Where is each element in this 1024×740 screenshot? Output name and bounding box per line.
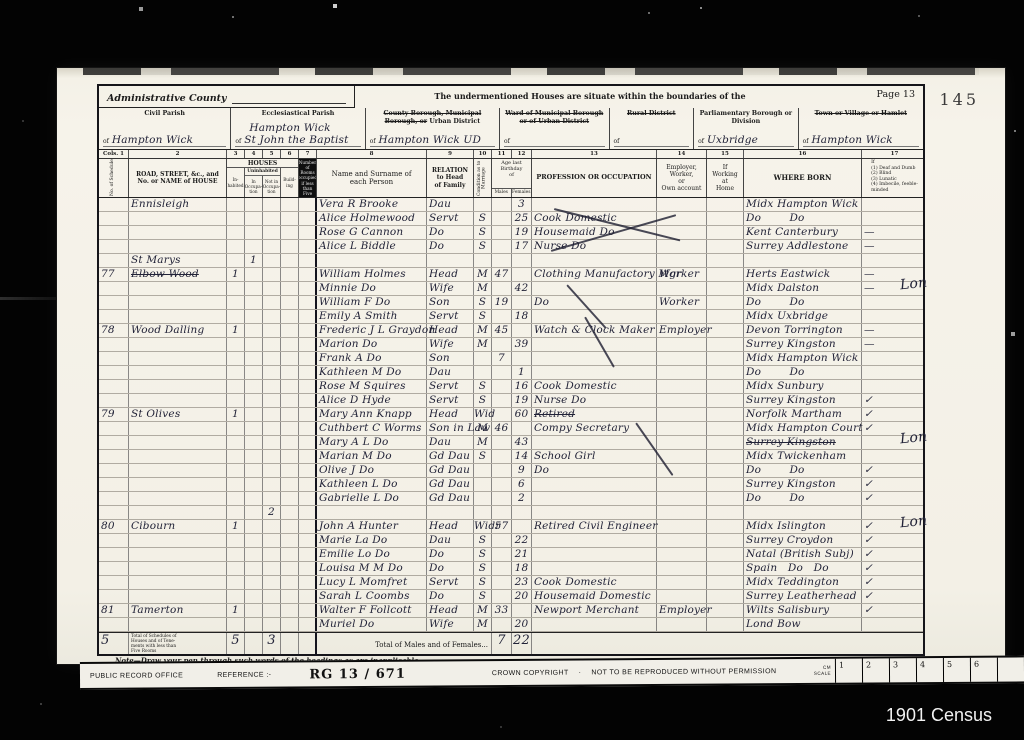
cell-building bbox=[281, 296, 299, 309]
cell-employer bbox=[657, 408, 707, 421]
cell-building bbox=[281, 282, 299, 295]
cell-name: Alice L Biddle bbox=[317, 240, 427, 253]
field-label: Civil Parish bbox=[144, 110, 185, 117]
cell-infirmity-mark: Lon bbox=[862, 436, 927, 449]
cell-home bbox=[707, 464, 744, 477]
cell-condition: M bbox=[474, 324, 492, 337]
cell-rooms bbox=[299, 198, 317, 211]
cell-infirmity-mark bbox=[862, 198, 927, 211]
cell-home bbox=[707, 562, 744, 575]
census-row: Gabrielle L DoGd Dau2Do Do✓ bbox=[99, 492, 923, 506]
cell-name: William F Do bbox=[317, 296, 427, 309]
pro-office-label: PUBLIC RECORD OFFICE bbox=[90, 672, 183, 680]
cell-relation: Do bbox=[427, 548, 474, 561]
cell-uninhabited-occ bbox=[245, 548, 263, 561]
field-label: Urban District bbox=[429, 118, 480, 125]
cell-rooms bbox=[299, 296, 317, 309]
cell-occupation: Cook Domestic bbox=[532, 380, 657, 393]
cell-home bbox=[707, 282, 744, 295]
cell-employer bbox=[657, 310, 707, 323]
cell-condition: M bbox=[474, 268, 492, 281]
cell-occupation: Clothing Manufactory Mgr bbox=[532, 268, 657, 281]
cell-name: Alice Holmewood bbox=[317, 212, 427, 225]
cell-age-female bbox=[512, 520, 532, 533]
cell-occupation bbox=[532, 282, 657, 295]
column-number: 13 bbox=[532, 150, 657, 158]
column-number: 10 bbox=[474, 150, 492, 158]
cell-condition bbox=[474, 366, 492, 379]
census-grid: EnnisleighVera R BrookeDau3Midx Hampton … bbox=[99, 198, 923, 632]
cell-schedule bbox=[99, 576, 129, 589]
cell-uninhabited-not bbox=[263, 534, 281, 547]
cell-condition bbox=[474, 198, 492, 211]
cell-schedule: 79 bbox=[99, 408, 129, 421]
cell-building bbox=[281, 240, 299, 253]
header-not-in-occupation: Not in Occupa- tion bbox=[263, 176, 280, 197]
cell-born: Do Do bbox=[744, 464, 862, 477]
cell-rooms bbox=[299, 478, 317, 491]
cell-employer bbox=[657, 618, 707, 631]
cell-age-male bbox=[492, 408, 512, 421]
cell-house bbox=[129, 506, 227, 519]
cell-schedule bbox=[99, 562, 129, 575]
cell-house bbox=[129, 366, 227, 379]
header-condition-text: Condition as to Marriage bbox=[478, 159, 487, 197]
cell-age-male bbox=[492, 534, 512, 547]
cell-relation: Dau bbox=[427, 366, 474, 379]
cell-age-female: 17 bbox=[512, 240, 532, 253]
cell-employer bbox=[657, 338, 707, 351]
cell-schedule bbox=[99, 240, 129, 253]
cell-relation: Head bbox=[427, 324, 474, 337]
scale-text: SCALE bbox=[814, 671, 831, 676]
cell-age-female bbox=[512, 324, 532, 337]
scale-cell: 1 bbox=[835, 659, 862, 683]
cell-born: Surrey Kingston bbox=[744, 338, 862, 351]
cell-rooms bbox=[299, 408, 317, 421]
cell-occupation bbox=[532, 352, 657, 365]
cell-relation: Wife bbox=[427, 338, 474, 351]
cell-name: Kathleen M Do bbox=[317, 366, 427, 379]
cell-inhabited bbox=[227, 576, 245, 589]
pro-reference-strip: PUBLIC RECORD OFFICE REFERENCE :- RG 13 … bbox=[80, 655, 1024, 690]
cell-infirmity-mark bbox=[862, 618, 927, 631]
cell-born: Midx Islington bbox=[744, 520, 862, 533]
cell-schedule bbox=[99, 338, 129, 351]
cell-name: Alice D Hyde bbox=[317, 394, 427, 407]
cell-age-female: 22 bbox=[512, 534, 532, 547]
cell-inhabited bbox=[227, 534, 245, 547]
cell-condition: S bbox=[474, 576, 492, 589]
census-row: Kathleen M DoDau1Do Do bbox=[99, 366, 923, 380]
cell-relation: Gd Dau bbox=[427, 492, 474, 505]
cell-house bbox=[129, 436, 227, 449]
cell-inhabited bbox=[227, 282, 245, 295]
cell-uninhabited-occ bbox=[245, 506, 263, 519]
cell-schedule bbox=[99, 380, 129, 393]
cell-infirmity-mark: ✓ bbox=[862, 478, 927, 491]
cell-name: Vera R Brooke bbox=[317, 198, 427, 211]
cell-condition: S bbox=[474, 380, 492, 393]
cell-home bbox=[707, 450, 744, 463]
margin-note: Lon bbox=[899, 277, 928, 293]
crown-copyright-label: CROWN COPYRIGHT bbox=[492, 669, 569, 677]
cell-born: Kent Canterbury bbox=[744, 226, 862, 239]
cell-rooms bbox=[299, 422, 317, 435]
header-age-group: Age last Birthday of Males Females bbox=[492, 159, 532, 197]
cell-uninhabited-not bbox=[263, 492, 281, 505]
field-urban-district: County Borough, Municipal Borough, or Ur… bbox=[366, 108, 500, 149]
cell-relation: Wife bbox=[427, 618, 474, 631]
cell-age-male bbox=[492, 380, 512, 393]
cell-born bbox=[744, 254, 862, 267]
cell-employer bbox=[657, 590, 707, 603]
cell-age-female: 42 bbox=[512, 282, 532, 295]
cell-infirmity-mark: ✓ bbox=[862, 562, 927, 575]
cell-name: Minnie Do bbox=[317, 282, 427, 295]
cell-age-female bbox=[512, 296, 532, 309]
cell-schedule bbox=[99, 492, 129, 505]
cell-age-female bbox=[512, 268, 532, 281]
cell-building bbox=[281, 422, 299, 435]
cell-uninhabited-occ bbox=[245, 394, 263, 407]
cell-born: Midx Hampton Court bbox=[744, 422, 862, 435]
cell-schedule bbox=[99, 548, 129, 561]
column-number: 12 bbox=[512, 150, 532, 158]
field-value: Uxbridge bbox=[707, 134, 758, 146]
field-value-top: Hampton Wick bbox=[249, 122, 330, 134]
cell-relation: Servt bbox=[427, 394, 474, 407]
header-building: Build- ing bbox=[281, 168, 298, 197]
field-value: Hampton Wick UD bbox=[379, 134, 482, 146]
cell-rooms bbox=[299, 464, 317, 477]
cell-born: Midx Hampton Wick bbox=[744, 352, 862, 365]
census-row: Lucy L MomfretServtS23Cook DomesticMidx … bbox=[99, 576, 923, 590]
cell-employer bbox=[657, 422, 707, 435]
cell-uninhabited-not bbox=[263, 394, 281, 407]
census-row: Louisa M M DoDoS18Spain Do Do✓ bbox=[99, 562, 923, 576]
cell-rooms bbox=[299, 310, 317, 323]
cell-relation: Gd Dau bbox=[427, 464, 474, 477]
cell-condition: M bbox=[474, 338, 492, 351]
cell-infirmity-mark: ✓Lon bbox=[862, 520, 927, 533]
census-row: William F DoSonS19DoWorkerDo Do bbox=[99, 296, 923, 310]
cell-age-male bbox=[492, 618, 512, 631]
cell-infirmity-mark bbox=[862, 366, 927, 379]
of-label: of bbox=[614, 138, 620, 146]
cell-age-male bbox=[492, 366, 512, 379]
cell-rooms bbox=[299, 520, 317, 533]
cell-condition: M bbox=[474, 436, 492, 449]
cell-employer: Worker bbox=[657, 296, 707, 309]
field-civil-parish: Civil Parish ofHampton Wick bbox=[99, 108, 231, 149]
cell-employer: Employer bbox=[657, 324, 707, 337]
header-occupation: PROFESSION OR OCCUPATION bbox=[532, 159, 657, 197]
census-row: Rose M SquiresServtS16Cook DomesticMidx … bbox=[99, 380, 923, 394]
cell-uninhabited-occ bbox=[245, 562, 263, 575]
field-parliamentary-borough: Parliamentary Borough or Division ofUxbr… bbox=[694, 108, 799, 149]
field-town-village: Town or Village or Hamlet ofHampton Wick bbox=[799, 108, 923, 149]
cell-inhabited bbox=[227, 422, 245, 435]
cell-schedule bbox=[99, 506, 129, 519]
cell-house bbox=[129, 422, 227, 435]
cell-house bbox=[129, 534, 227, 547]
census-row: Muriel DoWifeM20Lond Bow bbox=[99, 618, 923, 632]
cell-infirmity-mark: ✓ bbox=[862, 534, 927, 547]
cell-home bbox=[707, 324, 744, 337]
scan-smudge bbox=[83, 68, 979, 75]
census-page: 145 Administrative County The undermenti… bbox=[57, 68, 1005, 664]
header-road: ROAD, STREET, &c., and No. or NAME of HO… bbox=[129, 159, 227, 197]
of-label: of bbox=[370, 138, 376, 146]
cell-uninhabited-not bbox=[263, 450, 281, 463]
cell-name: Walter F Follcott bbox=[317, 604, 427, 617]
cell-relation bbox=[427, 506, 474, 519]
cell-condition: S bbox=[474, 562, 492, 575]
cell-occupation: Retired bbox=[532, 408, 657, 421]
cell-age-female: 19 bbox=[512, 226, 532, 239]
cell-rooms bbox=[299, 450, 317, 463]
header-females: Females bbox=[512, 189, 531, 197]
cell-inhabited bbox=[227, 352, 245, 365]
cell-house bbox=[129, 492, 227, 505]
field-rural-district: Rural District of bbox=[610, 108, 695, 149]
column-headers: No. of Schedule ROAD, STREET, &c., and N… bbox=[99, 159, 923, 198]
blank-line bbox=[232, 94, 346, 104]
scale-cell: 4 bbox=[916, 658, 943, 682]
census-year-label: 1901 Census bbox=[886, 705, 992, 726]
cell-condition: S bbox=[474, 226, 492, 239]
header-in-occupation: In Occupa- tion bbox=[245, 176, 263, 197]
cell-occupation bbox=[532, 366, 657, 379]
cell-uninhabited-occ bbox=[245, 436, 263, 449]
cell-age-male bbox=[492, 590, 512, 603]
cell-infirmity-mark: ✓ bbox=[862, 464, 927, 477]
cell-name: Mary A L Do bbox=[317, 436, 427, 449]
cell-uninhabited-occ bbox=[245, 618, 263, 631]
cell-employer bbox=[657, 506, 707, 519]
cell-inhabited bbox=[227, 240, 245, 253]
cell-born: Midx Sunbury bbox=[744, 380, 862, 393]
cell-building bbox=[281, 366, 299, 379]
cell-uninhabited-not bbox=[263, 268, 281, 281]
cell-uninhabited-not bbox=[263, 198, 281, 211]
cell-uninhabited-occ bbox=[245, 422, 263, 435]
cell-uninhabited-occ bbox=[245, 352, 263, 365]
census-row: Mary A L DoDauM43Surrey KingstonLon bbox=[99, 436, 923, 450]
cell-infirmity-mark: — bbox=[862, 324, 927, 337]
cell-born: Surrey Croydon bbox=[744, 534, 862, 547]
cell-condition: S bbox=[474, 310, 492, 323]
cell-born: Midx Uxbridge bbox=[744, 310, 862, 323]
cell-condition bbox=[474, 478, 492, 491]
cell-schedule bbox=[99, 366, 129, 379]
cell-inhabited bbox=[227, 548, 245, 561]
cell-name: John A Hunter bbox=[317, 520, 427, 533]
cell-age-female: 20 bbox=[512, 590, 532, 603]
cell-schedule bbox=[99, 310, 129, 323]
cell-building bbox=[281, 394, 299, 407]
cell-born: Lond Bow bbox=[744, 618, 862, 631]
cell-building bbox=[281, 352, 299, 365]
column-number: 4 bbox=[245, 150, 263, 158]
cell-age-male bbox=[492, 506, 512, 519]
cell-rooms bbox=[299, 338, 317, 351]
cell-home bbox=[707, 422, 744, 435]
census-row: 80Cibourn1John A HunterHeadWidr57Retired… bbox=[99, 520, 923, 534]
cell-rooms bbox=[299, 604, 317, 617]
header-employer: Employer, Worker, or Own account bbox=[657, 159, 707, 197]
cell-rooms bbox=[299, 268, 317, 281]
margin-note: Lon bbox=[899, 431, 928, 447]
census-row: EnnisleighVera R BrookeDau3Midx Hampton … bbox=[99, 198, 923, 212]
cell-age-male bbox=[492, 240, 512, 253]
cell-uninhabited-occ bbox=[245, 590, 263, 603]
cell-born: Surrey Addlestone bbox=[744, 240, 862, 253]
cell-house bbox=[129, 338, 227, 351]
cell-born: Midx Twickenham bbox=[744, 450, 862, 463]
field-label-struck: Ward of Municipal Borough or of Urban Di… bbox=[505, 110, 603, 125]
cell-infirmity-mark: —Lon bbox=[862, 282, 927, 295]
cell-name bbox=[317, 254, 427, 267]
cell-uninhabited-not bbox=[263, 352, 281, 365]
cell-uninhabited-not bbox=[263, 464, 281, 477]
parish-fields: Civil Parish ofHampton Wick Ecclesiastic… bbox=[99, 108, 923, 150]
cell-house bbox=[129, 226, 227, 239]
cell-relation: Wife bbox=[427, 282, 474, 295]
census-row: 77Elbow Wood1William HolmesHeadM47Clothi… bbox=[99, 268, 923, 282]
cell-employer bbox=[657, 436, 707, 449]
cell-age-female: 16 bbox=[512, 380, 532, 393]
permission-label: NOT TO BE REPRODUCED WITHOUT PERMISSION bbox=[591, 668, 776, 676]
cell-home bbox=[707, 366, 744, 379]
cell-uninhabited-occ bbox=[245, 268, 263, 281]
cell-uninhabited-not bbox=[263, 324, 281, 337]
cell-home bbox=[707, 520, 744, 533]
cell-condition bbox=[474, 492, 492, 505]
cell-occupation: Do bbox=[532, 296, 657, 309]
cell-schedule bbox=[99, 198, 129, 211]
cell-infirmity-mark: ✓ bbox=[862, 408, 927, 421]
cell-age-male bbox=[492, 492, 512, 505]
cell-born bbox=[744, 506, 862, 519]
cell-uninhabited-occ bbox=[245, 464, 263, 477]
cell-relation: Do bbox=[427, 240, 474, 253]
cell-born: Natal (British Subj) bbox=[744, 548, 862, 561]
cell-age-male bbox=[492, 212, 512, 225]
cell-relation: Son in Law bbox=[427, 422, 474, 435]
field-ecclesiastical-parish: Ecclesiastical Parish Hampton Wick ofSt … bbox=[231, 108, 365, 149]
cell-uninhabited-not bbox=[263, 282, 281, 295]
cell-rooms bbox=[299, 492, 317, 505]
cell-building bbox=[281, 506, 299, 519]
cell-schedule: 77 bbox=[99, 268, 129, 281]
cell-inhabited: 1 bbox=[227, 324, 245, 337]
cell-age-female: 20 bbox=[512, 618, 532, 631]
cell-name: Sarah L Coombs bbox=[317, 590, 427, 603]
cell-age-male bbox=[492, 562, 512, 575]
cell-born: Norfolk Martham bbox=[744, 408, 862, 421]
cell-home bbox=[707, 296, 744, 309]
cell-relation: Do bbox=[427, 226, 474, 239]
cell-uninhabited-not bbox=[263, 478, 281, 491]
cell-building bbox=[281, 464, 299, 477]
cell-age-female bbox=[512, 506, 532, 519]
header-uninhabited: Uninhabited bbox=[245, 168, 280, 176]
cell-inhabited bbox=[227, 380, 245, 393]
cell-employer bbox=[657, 394, 707, 407]
total-males-females-label: Total of Males and of Females... bbox=[317, 633, 492, 656]
cell-born: Surrey Leatherhead bbox=[744, 590, 862, 603]
header-age: Age last Birthday of bbox=[492, 159, 531, 188]
cell-infirmity-mark: ✓ bbox=[862, 492, 927, 505]
cell-home bbox=[707, 338, 744, 351]
cell-infirmity-mark: ✓ bbox=[862, 604, 927, 617]
cell-home bbox=[707, 604, 744, 617]
cell-age-female: 39 bbox=[512, 338, 532, 351]
cell-uninhabited-not bbox=[263, 254, 281, 267]
cell-inhabited bbox=[227, 478, 245, 491]
cell-infirmity-mark: ✓ bbox=[862, 394, 927, 407]
cell-employer bbox=[657, 254, 707, 267]
cell-occupation: Cook Domestic bbox=[532, 576, 657, 589]
cell-employer: Employer bbox=[657, 604, 707, 617]
cell-house bbox=[129, 296, 227, 309]
cell-inhabited bbox=[227, 212, 245, 225]
cell-home bbox=[707, 268, 744, 281]
cell-age-male bbox=[492, 576, 512, 589]
cell-age-female: 19 bbox=[512, 394, 532, 407]
cell-building bbox=[281, 380, 299, 393]
cell-employer bbox=[657, 352, 707, 365]
cell-inhabited: 1 bbox=[227, 268, 245, 281]
cell-inhabited: 1 bbox=[227, 520, 245, 533]
cell-uninhabited-not bbox=[263, 520, 281, 533]
total-females: 22 bbox=[512, 633, 532, 656]
cell-name: Frank A Do bbox=[317, 352, 427, 365]
total-uninhabited: 3 bbox=[263, 633, 281, 656]
cell-building bbox=[281, 618, 299, 631]
header-home: If Working at Home bbox=[707, 159, 744, 197]
column-number: 8 bbox=[317, 150, 427, 158]
cell-relation: Son bbox=[427, 296, 474, 309]
cell-born: Do Do bbox=[744, 366, 862, 379]
cell-building bbox=[281, 590, 299, 603]
cell-age-male: 7 bbox=[492, 352, 512, 365]
field-value: Hampton Wick bbox=[112, 134, 193, 146]
cell-age-male bbox=[492, 254, 512, 267]
header-uninhabited-group: Uninhabited In Occupa- tion Not in Occup… bbox=[245, 168, 281, 197]
cell-uninhabited-not: 2 bbox=[263, 506, 281, 519]
of-label: of bbox=[698, 138, 704, 146]
column-number: 17 bbox=[862, 150, 927, 158]
cell-rooms bbox=[299, 240, 317, 253]
cell-uninhabited-occ: 1 bbox=[245, 254, 263, 267]
administrative-county-label: Administrative County bbox=[107, 93, 227, 104]
cell-age-male bbox=[492, 198, 512, 211]
cell-uninhabited-not bbox=[263, 548, 281, 561]
cell-infirmity-mark bbox=[862, 450, 927, 463]
cell-schedule bbox=[99, 282, 129, 295]
cell-occupation bbox=[532, 548, 657, 561]
cell-age-male: 47 bbox=[492, 268, 512, 281]
cell-employer bbox=[657, 240, 707, 253]
cell-house: Wood Dalling bbox=[129, 324, 227, 337]
cell-condition: S bbox=[474, 296, 492, 309]
margin-note: Lon bbox=[899, 515, 928, 531]
census-row: Frank A DoSon7Midx Hampton Wick bbox=[99, 352, 923, 366]
cell-uninhabited-occ bbox=[245, 380, 263, 393]
